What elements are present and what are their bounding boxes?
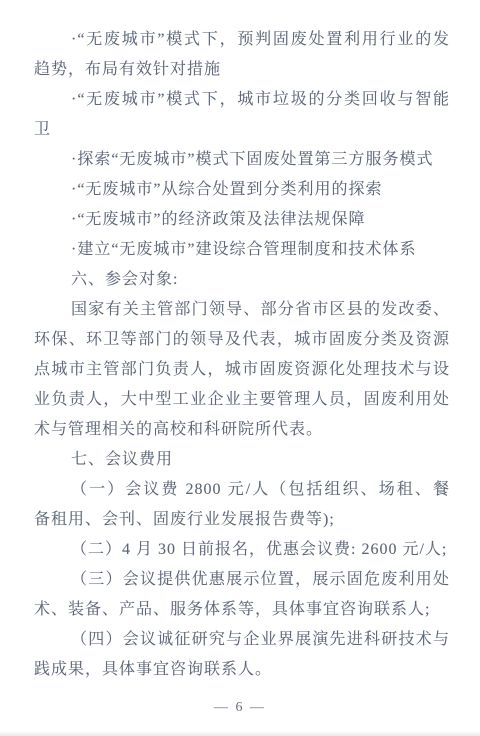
document-line: 备租用、会刊、固废行业发展报告费等); [34,505,450,535]
document-line: （二）4 月 30 日前报名，优惠会议费: 2600 元/人; [34,535,450,565]
document-line: ·“无废城市”模式下，城市垃圾的分类回收与智能环 [34,85,450,115]
document-line: 卫 [34,115,450,145]
section-heading: 六、参会对象: [34,265,450,295]
document-body: ·“无废城市”模式下，预判固废处置利用行业的发展 趋势，布局有效针对措施 ·“无… [34,25,450,685]
document-line: 术、装备、产品、服务体系等，具体事宜咨询联系人; [34,595,450,625]
document-line: 国家有关主管部门领导、部分省市区县的发改委、住建、 [34,295,450,325]
document-line: 术与管理相关的高校和科研院所代表。 [34,415,450,445]
document-line: （三）会议提供优惠展示位置，展示固危废利用处置技 [34,565,450,595]
document-line: 环保、环卫等部门的领导及代表，城市固废分类及资源化试 [34,325,450,355]
section-heading: 七、会议费用 [34,445,450,475]
page-number: — 6 — [0,700,480,716]
document-line: ·探索“无废城市”模式下固废处置第三方服务模式 [34,145,450,175]
document-line: 趋势，布局有效针对措施 [34,55,450,85]
document-line: ·“无废城市”从综合处置到分类利用的探索 [34,175,450,205]
scanned-page: ·“无废城市”模式下，预判固废处置利用行业的发展 趋势，布局有效针对措施 ·“无… [0,0,480,736]
document-line: （四）会议诚征研究与企业界展演先进科研技术与实 [34,625,450,655]
document-line: ·“无废城市”模式下，预判固废处置利用行业的发展 [34,25,450,55]
document-line: ·“无废城市”的经济政策及法律法规保障 [34,205,450,235]
document-line: 点城市主管部门负责人，城市固废资源化处理技术与设备企 [34,355,450,385]
page-bottom-shadow [0,731,480,736]
document-line: （一）会议费 2800 元/人（包括组织、场租、餐费、设 [34,475,450,505]
document-line: 业负责人，大中型工业企业主要管理人员，固废利用处置技 [34,385,450,415]
document-line: 践成果，具体事宜咨询联系人。 [34,655,450,685]
document-line: ·建立“无废城市”建设综合管理制度和技术体系 [34,235,450,265]
